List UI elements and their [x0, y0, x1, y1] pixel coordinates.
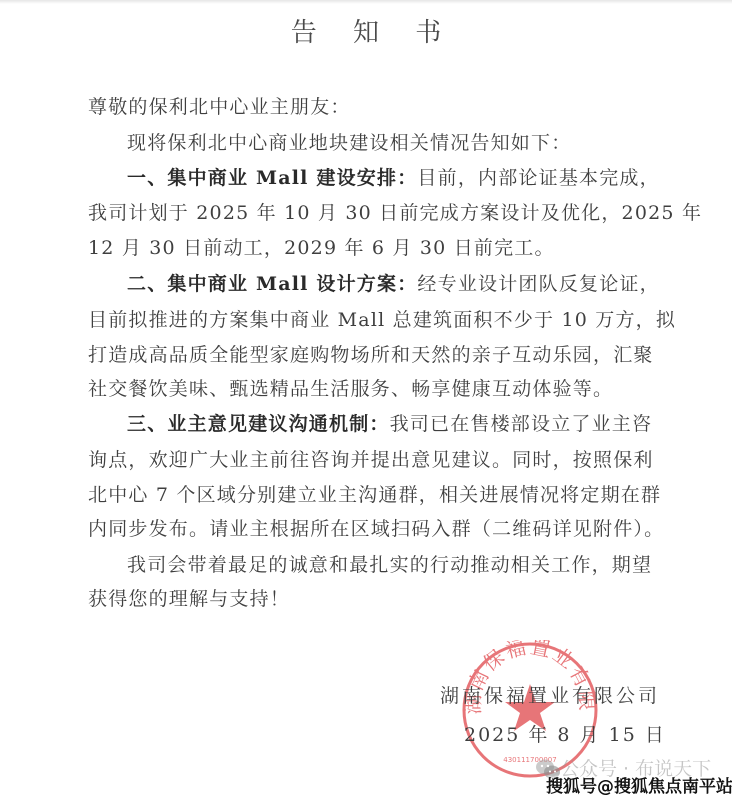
document-title: 告 知 书 — [0, 12, 732, 49]
section-2-heading: 二、集中商业 Mall 设计方案： — [127, 273, 417, 295]
closing-line: 我司会带着最足的诚意和最扎实的行动推动相关工作，期望 — [127, 550, 652, 577]
section-3-text: 我司已在售楼部设立了业主咨 — [390, 413, 653, 435]
section-3-line: 北中心 7 个区域分别建立业主沟通群，相关进展情况将定期在群 — [88, 480, 661, 507]
salutation: 尊敬的保利北中心业主朋友： — [88, 92, 351, 119]
top-edge-shadow — [0, 0, 732, 4]
section-3-heading: 三、业主意见建议沟通机制： — [127, 413, 390, 435]
intro-paragraph: 现将保利北中心商业地块建设相关情况告知如下： — [127, 128, 571, 155]
sohu-watermark: 搜狐号@搜狐焦点南平站 — [546, 772, 732, 797]
section-2-line: 打造成高品质全能型家庭购物场所和天然的亲子互动乐园，汇聚 — [88, 340, 654, 367]
section-1-text: 目前，内部论证基本完成， — [417, 167, 659, 189]
section-3-line: 内同步发布。请业主根据所在区域扫码入群（二维码详见附件）。 — [88, 514, 664, 541]
section-1-line: 我司计划于 2025 年 10 月 30 日前完成方案设计及优化，2025 年 — [88, 198, 702, 225]
section-1-line: 12 月 30 日前动工，2029 年 6 月 30 日前完工。 — [88, 233, 555, 260]
section-1-first-line: 一、集中商业 Mall 建设安排：目前，内部论证基本完成， — [127, 163, 660, 190]
signature-date: 2025 年 8 月 15 日 — [464, 720, 666, 747]
section-3-line: 询点，欢迎广大业主前往咨询并提出意见建议。同时，按照保利 — [88, 445, 654, 472]
section-2-line: 目前拟推进的方案集中商业 Mall 总建筑面积不少于 10 万方，拟 — [88, 305, 676, 332]
company-signature: 湖南保福置业有限公司 — [440, 681, 660, 708]
section-2-text: 经专业设计团队反复论证， — [417, 273, 659, 295]
section-1-heading: 一、集中商业 Mall 建设安排： — [127, 167, 417, 189]
section-2-line: 社交餐饮美味、甄选精品生活服务、畅享健康互动体验等。 — [88, 374, 613, 401]
section-2-first-line: 二、集中商业 Mall 设计方案：经专业设计团队反复论证， — [127, 269, 660, 296]
section-3-first-line: 三、业主意见建议沟通机制：我司已在售楼部设立了业主咨 — [127, 409, 652, 436]
closing-line: 获得您的理解与支持！ — [88, 584, 290, 611]
